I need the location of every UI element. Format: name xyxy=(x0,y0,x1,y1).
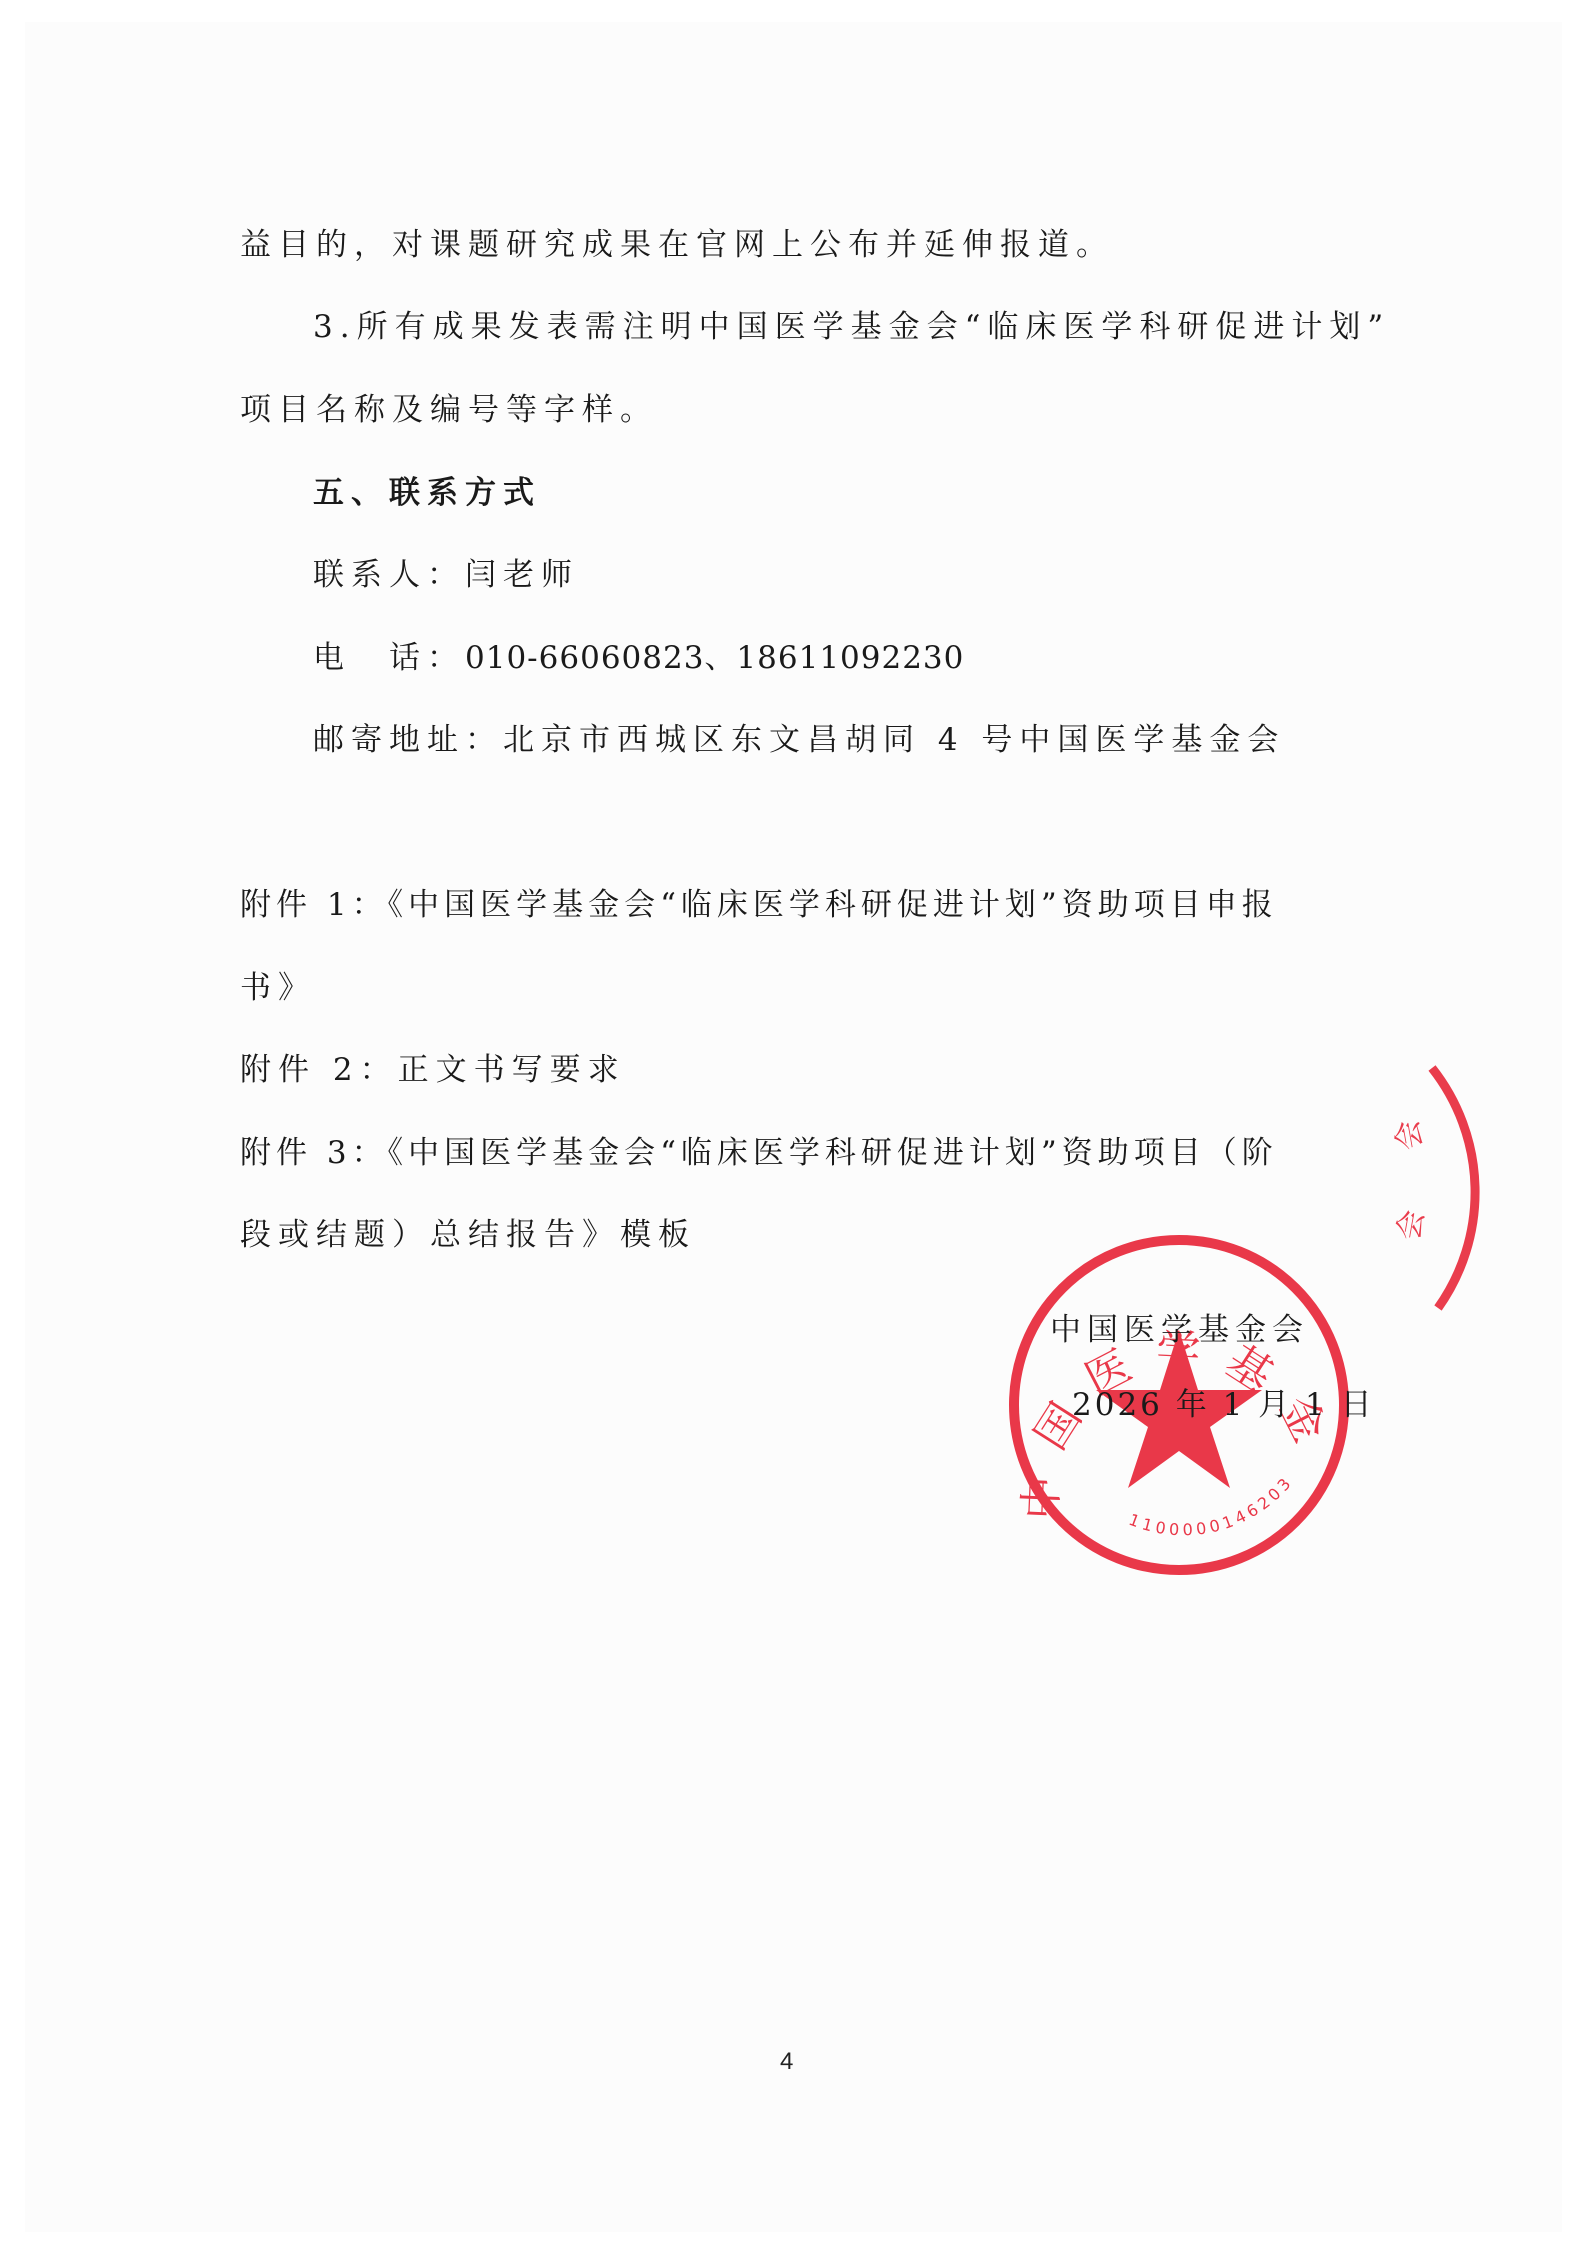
contact-person-label: 联系人： xyxy=(313,557,465,593)
page-sheet xyxy=(25,22,1562,2232)
attachment-1-line1: 附件 1：《中国医学基金会“临床医学科研促进计划”资助项目申报 xyxy=(240,885,1278,925)
contact-phone: 电 话：010-66060823、18611092230 xyxy=(313,638,964,678)
signature-organization: 中国医学基金会 xyxy=(1050,1310,1309,1350)
page-number: 4 xyxy=(780,2048,793,2076)
paragraph-item-3: 3.所有成果发表需注明中国医学基金会“临床医学科研促进计划” xyxy=(313,307,1390,347)
attachment-3-line1: 附件 3：《中国医学基金会“临床医学科研促进计划”资助项目（阶 xyxy=(240,1133,1278,1173)
contact-address: 邮寄地址：北京市西城区东文昌胡同 4 号中国医学基金会 xyxy=(313,720,1285,760)
signature-date: 2026 年 1 月 1 日 xyxy=(1072,1385,1375,1425)
attachment-3-line2: 段或结题）总结报告》模板 xyxy=(240,1215,696,1255)
section-heading-contact: 五、联系方式 xyxy=(313,473,541,513)
contact-address-value: 北京市西城区东文昌胡同 4 号中国医学基金会 xyxy=(503,722,1285,758)
contact-phone-value: 010-66060823、18611092230 xyxy=(465,640,964,676)
attachment-1-line2: 书》 xyxy=(240,968,316,1008)
contact-person: 联系人：闫老师 xyxy=(313,555,579,595)
contact-address-label: 邮寄地址： xyxy=(313,722,503,758)
paragraph-item-3-cont: 项目名称及编号等字样。 xyxy=(240,390,658,430)
paragraph-continuation: 益目的，对课题研究成果在官网上公布并延伸报道。 xyxy=(240,225,1114,265)
contact-phone-label: 电 话： xyxy=(313,640,465,676)
attachment-2: 附件 2：正文书写要求 xyxy=(240,1050,626,1090)
contact-person-value: 闫老师 xyxy=(465,557,579,593)
